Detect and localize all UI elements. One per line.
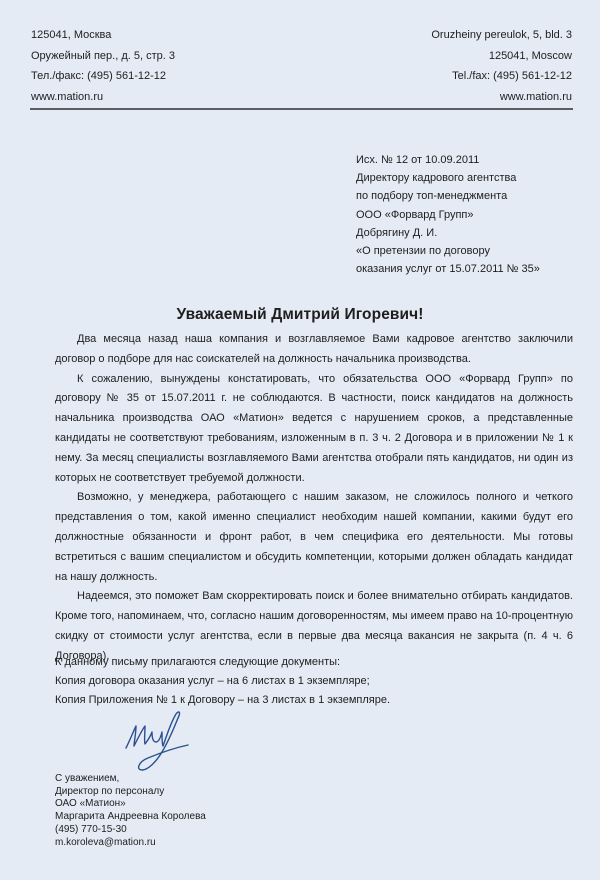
subject-line: «О претензии по договору bbox=[356, 242, 540, 260]
header-address-ru: 125041, Москва Оружейный пер., д. 5, стр… bbox=[31, 25, 175, 107]
signer-email: m.koroleva@mation.ru bbox=[55, 837, 206, 850]
outgoing-number: Исх. № 12 от 10.09.2011 bbox=[356, 151, 540, 169]
recipient-line: по подбору топ-менеджмента bbox=[356, 187, 540, 205]
header-line: 125041, Москва bbox=[31, 25, 175, 46]
header-divider bbox=[30, 108, 573, 110]
signature-icon bbox=[118, 708, 198, 778]
reference-block: Исх. № 12 от 10.09.2011 Директору кадров… bbox=[356, 151, 540, 278]
letter-page: 125041, Москва Оружейный пер., д. 5, стр… bbox=[0, 0, 600, 880]
signer-title: Директор по персоналу bbox=[55, 786, 206, 799]
recipient-company: ООО «Форвард Групп» bbox=[356, 206, 540, 224]
signer-company: ОАО «Матион» bbox=[55, 798, 206, 811]
header-website: www.mation.ru bbox=[431, 87, 572, 108]
signer-phone: (495) 770-15-30 bbox=[55, 824, 206, 837]
signer-name: Маргарита Андреевна Королева bbox=[55, 811, 206, 824]
subject-line: оказания услуг от 15.07.2011 № 35» bbox=[356, 260, 540, 278]
paragraph: Возможно, у менеджера, работающего с наш… bbox=[55, 488, 573, 587]
header-line: 125041, Moscow bbox=[431, 46, 572, 67]
letter-body: Два месяца назад наша компания и возглав… bbox=[55, 330, 573, 667]
paragraph: К сожалению, вынуждены констатировать, ч… bbox=[55, 370, 573, 489]
attachments-list: К данному письму прилагаются следующие д… bbox=[55, 653, 390, 710]
closing-salutation: С уважением, bbox=[55, 773, 206, 786]
attachment-item: Копия Приложения № 1 к Договору – на 3 л… bbox=[55, 691, 390, 710]
paragraph: Два месяца назад наша компания и возглав… bbox=[55, 330, 573, 370]
recipient-line: Директору кадрового агентства bbox=[356, 169, 540, 187]
attachment-item: Копия договора оказания услуг – на 6 лис… bbox=[55, 672, 390, 691]
header-line: Tel./fax: (495) 561-12-12 bbox=[431, 66, 572, 87]
header-line: Оружейный пер., д. 5, стр. 3 bbox=[31, 46, 175, 67]
header-line: Тел./факс: (495) 561-12-12 bbox=[31, 66, 175, 87]
greeting: Уважаемый Дмитрий Игоревич! bbox=[0, 306, 600, 324]
attachments-intro: К данному письму прилагаются следующие д… bbox=[55, 653, 390, 672]
header-address-en: Oruzheiny pereulok, 5, bld. 3 125041, Mo… bbox=[431, 25, 572, 107]
recipient-name: Добрягину Д. И. bbox=[356, 224, 540, 242]
header-line: Oruzheiny pereulok, 5, bld. 3 bbox=[431, 25, 572, 46]
closing-block: С уважением, Директор по персоналу ОАО «… bbox=[55, 773, 206, 849]
header-website: www.mation.ru bbox=[31, 87, 175, 108]
